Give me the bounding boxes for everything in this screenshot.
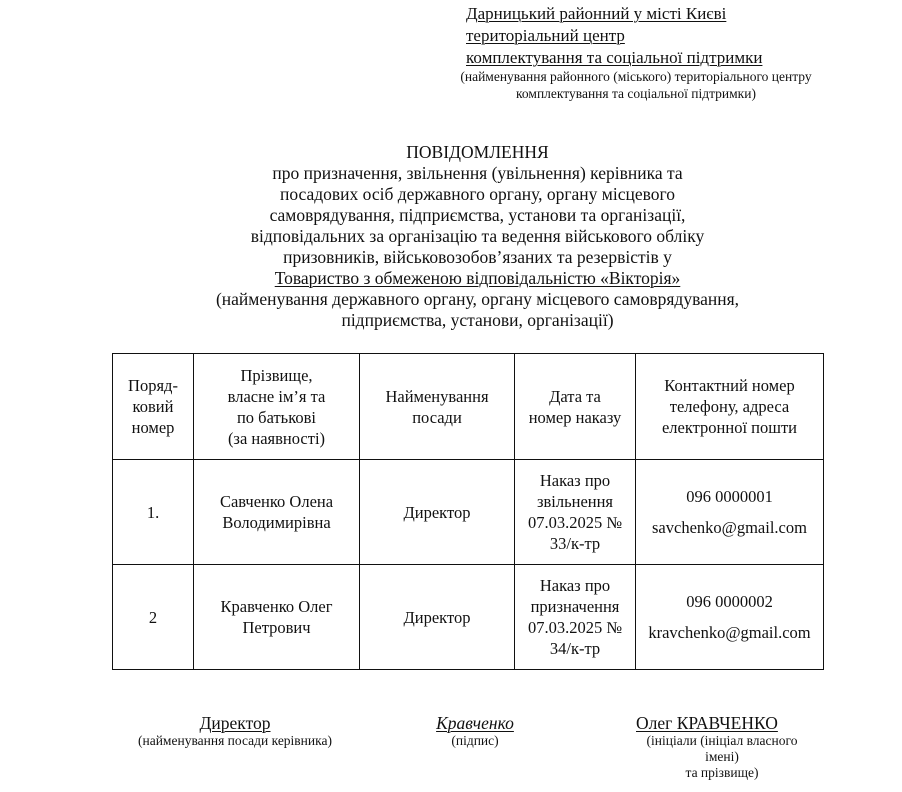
signature-sign-block: Кравченко (підпис) <box>415 713 535 749</box>
table-header-row: Поряд- ковий номер Прізвище, власне ім’я… <box>113 354 824 460</box>
notice-body-line-5: призовників, військовозобов’язаних та ре… <box>150 247 805 268</box>
recipient-caption-line-1: (найменування районного (міського) терит… <box>420 68 852 85</box>
notice-title: ПОВІДОМЛЕННЯ <box>150 142 805 163</box>
organization-caption-line-2: підприємства, установи, організації) <box>150 310 805 331</box>
recipient-caption: (найменування районного (міського) терит… <box>420 68 852 102</box>
cell-number: 1. <box>113 460 194 565</box>
table-row: 2 Кравченко Олег Петрович Директор Наказ… <box>113 565 824 670</box>
cell-contact: 096 0000001 savchenko@gmail.com <box>636 460 824 565</box>
header-order: Дата та номер наказу <box>515 354 636 460</box>
recipient-line-1: Дарницький районний у місті Києві <box>466 4 726 24</box>
signature-position-caption: (найменування посади керівника) <box>115 733 355 749</box>
cell-contact: 096 0000002 kravchenko@gmail.com <box>636 565 824 670</box>
signature-position-value: Директор <box>199 713 270 733</box>
cell-position: Директор <box>360 565 515 670</box>
notice-body-line-4: відповідальних за організацію та ведення… <box>150 226 805 247</box>
contact-phone: 096 0000001 <box>640 486 819 507</box>
signature-sign-value: Кравченко <box>436 713 514 733</box>
notice-block: ПОВІДОМЛЕННЯ про призначення, звільнення… <box>150 142 805 331</box>
contact-phone: 096 0000002 <box>640 591 819 612</box>
organization-caption-line-1: (найменування державного органу, органу … <box>150 289 805 310</box>
signature-name-caption: (ініціали (ініціал власного імені) та пр… <box>620 733 812 781</box>
cell-full-name: Савченко Олена Володимирівна <box>194 460 360 565</box>
cell-number: 2 <box>113 565 194 670</box>
signature-name-block: Олег КРАВЧЕНКО (ініціали (ініціал власно… <box>620 713 820 781</box>
officials-table: Поряд- ковий номер Прізвище, власне ім’я… <box>112 353 824 670</box>
notice-body-line-1: про призначення, звільнення (увільнення)… <box>150 163 805 184</box>
notice-body-line-2: посадових осіб державного органу, органу… <box>150 184 805 205</box>
recipient-line-3: комплектування та соціальної підтримки <box>466 48 762 68</box>
cell-order: Наказ про призначення 07.03.2025 № 34/к-… <box>515 565 636 670</box>
cell-full-name: Кравченко Олег Петрович <box>194 565 360 670</box>
recipient-caption-line-2: комплектування та соціальної підтримки) <box>420 85 852 102</box>
header-full-name: Прізвище, власне ім’я та по батькові (за… <box>194 354 360 460</box>
contact-email: savchenko@gmail.com <box>640 517 819 538</box>
table-row: 1. Савченко Олена Володимирівна Директор… <box>113 460 824 565</box>
recipient-line-2: територіальний центр <box>466 26 625 46</box>
signature-position-block: Директор (найменування посади керівника) <box>115 713 355 749</box>
notice-body-line-3: самоврядування, підприємства, установи т… <box>150 205 805 226</box>
contact-email: kravchenko@gmail.com <box>640 622 819 643</box>
organization-name: Товариство з обмеженою відповідальністю … <box>275 268 681 288</box>
signature-name-value: Олег КРАВЧЕНКО <box>636 713 778 733</box>
header-contact: Контактний номер телефону, адреса електр… <box>636 354 824 460</box>
cell-position: Директор <box>360 460 515 565</box>
cell-order: Наказ про звільнення 07.03.2025 № 33/к-т… <box>515 460 636 565</box>
header-number: Поряд- ковий номер <box>113 354 194 460</box>
signature-sign-caption: (підпис) <box>415 733 535 749</box>
header-position: Найменування посади <box>360 354 515 460</box>
